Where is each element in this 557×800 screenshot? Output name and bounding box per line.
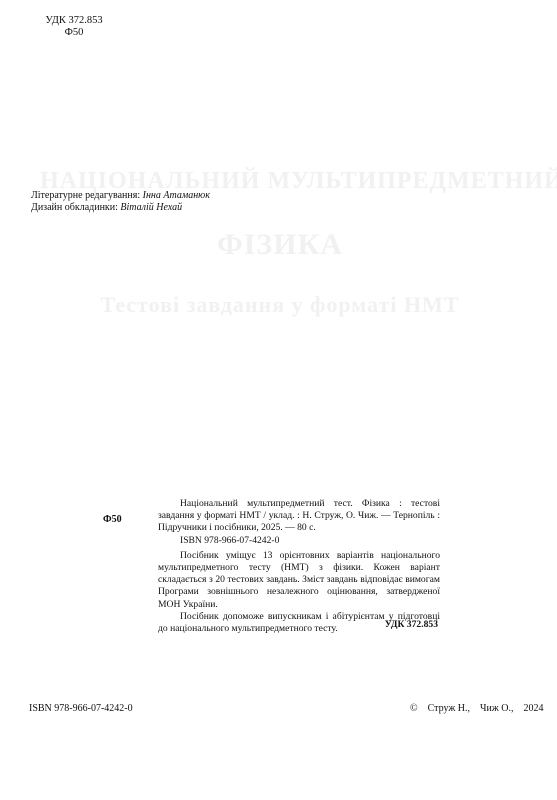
copyright-author-2: Чиж О., (480, 703, 513, 714)
credit-cover-label: Дизайн обкладинки: (31, 202, 118, 213)
udk-code: УДК 372.853 (34, 15, 114, 27)
bibliographic-record: Національний мультипредметний тест. Фізи… (158, 498, 440, 535)
footer-isbn: ISBN 978-966-07-4242-0 (29, 703, 133, 714)
copyright-year: 2024 (524, 703, 544, 714)
credit-editing: Літературне редагування: Інна Атаманюк (31, 190, 210, 202)
catalog-isbn: ISBN 978-966-07-4242-0 (158, 535, 440, 547)
catalog-card-code: Ф50 (103, 514, 122, 525)
ghost-subtitle: Тестові завдання у форматі НМТ (100, 292, 460, 318)
annotation-paragraph-1: Посібник уміщує 13 орієнтовних варіантів… (158, 550, 440, 611)
copyright-icon: © (410, 703, 418, 714)
credit-editing-label: Літературне редагування: (31, 190, 140, 201)
catalog-card-udk: УДК 372.853 (340, 619, 438, 630)
credits: Літературне редагування: Інна Атаманюк Д… (31, 190, 210, 214)
ghost-subject: ФІЗИКА (200, 228, 360, 262)
copyright-author-1: Струж Н., (428, 703, 470, 714)
catalog-card: Національний мультипредметний тест. Фізи… (158, 498, 440, 635)
author-mark: Ф50 (34, 27, 114, 39)
credit-cover: Дизайн обкладинки: Віталій Нехай (31, 202, 210, 214)
udk-header: УДК 372.853 Ф50 (34, 15, 114, 39)
copyright-line: ©Струж Н.,Чиж О.,2024 (410, 703, 554, 714)
credit-cover-name: Віталій Нехай (120, 202, 182, 213)
credit-editing-name: Інна Атаманюк (143, 190, 210, 201)
